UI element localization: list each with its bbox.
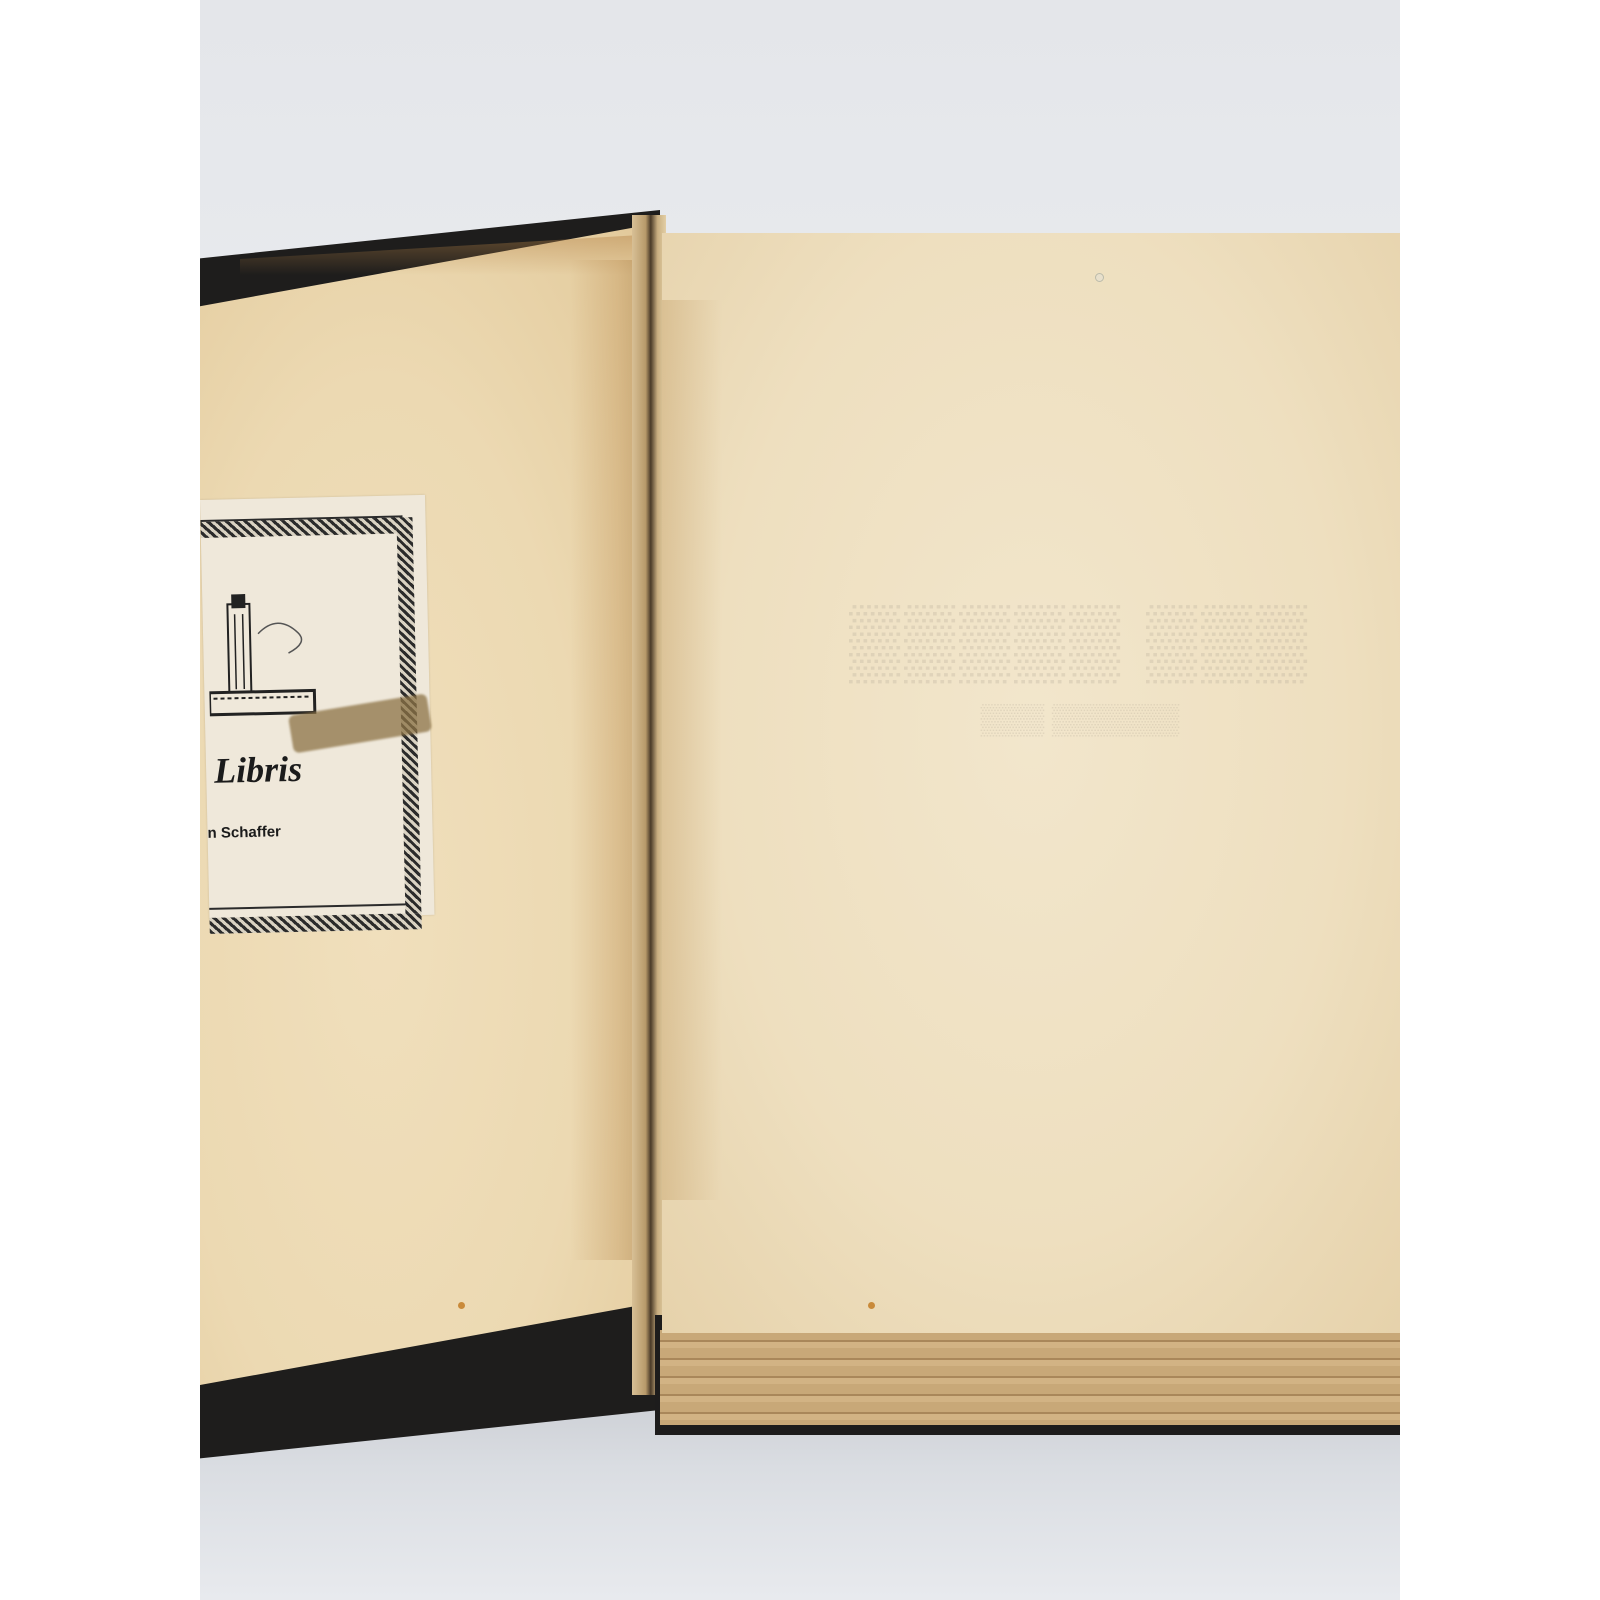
- tower-illustration-icon: [207, 592, 320, 724]
- page-block-edges: [660, 1330, 1400, 1425]
- foxing-spot: [868, 1302, 875, 1309]
- show-through-text: ▒▒▒▒▒ ▒▒▒ ▒▒▒ ▒▒▒▒▒▒: [800, 600, 1360, 737]
- book-gutter: [632, 215, 666, 1395]
- photo: Libris n Schaffer ▒▒▒▒▒ ▒▒▒ ▒▒▒ ▒▒▒▒▒▒: [200, 0, 1400, 1600]
- bookplate-title: Libris: [214, 748, 303, 792]
- foxing-spot: [458, 1302, 465, 1309]
- water-stain-right: [662, 300, 722, 1200]
- bookplate: Libris n Schaffer: [200, 495, 434, 920]
- bookplate-owner: n Schaffer: [207, 823, 281, 842]
- flyleaf-page: [662, 233, 1400, 1333]
- pin-hole: [1095, 273, 1104, 282]
